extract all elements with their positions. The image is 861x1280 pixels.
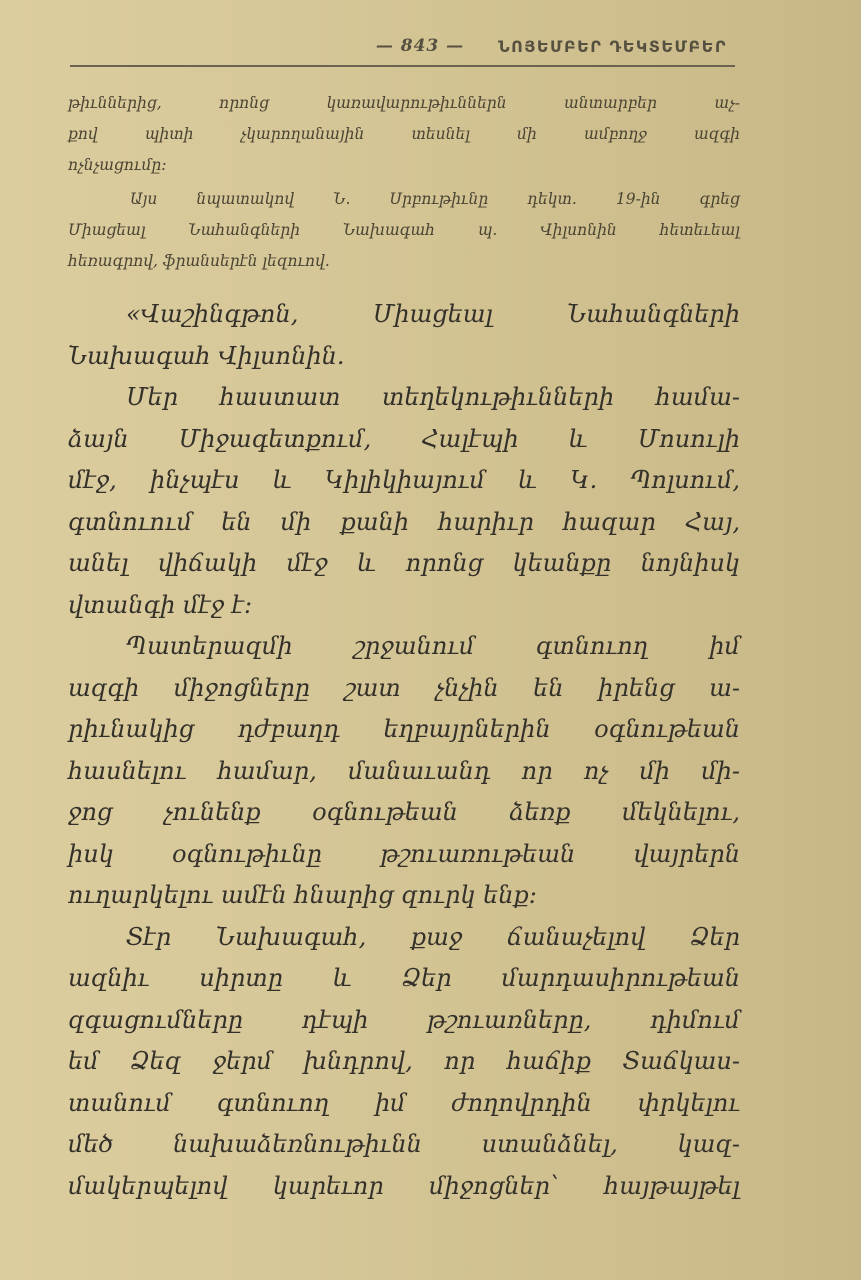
text-line: ազնիւ սիրտը և Ձեր մարդասիրութեան xyxy=(68,958,740,1000)
text-line: Միացեալ Նահանգների Նախագահ պ. Վիլսոնին հ… xyxy=(68,215,740,246)
header-rule xyxy=(70,65,735,67)
page-header: — 843 — ՆՈՅԵՄԲԵՐ ԴԵԿՏԵՄԲԵՐ xyxy=(70,28,735,64)
text-line: ազգի միջոցները շատ չնչին են իրենց ա- xyxy=(68,668,740,710)
text-line: «Վաշինգթոն, Միացեալ Նահանգների xyxy=(68,294,740,336)
book-page: — 843 — ՆՈՅԵՄԲԵՐ ԴԵԿՏԵՄԲԵՐ թիւններից, որ… xyxy=(0,0,861,1280)
text-line: եմ Ձեզ ջերմ խնդրով, որ հաճիք Տաճկաս- xyxy=(68,1041,740,1083)
page-number: — 843 — xyxy=(376,36,464,56)
text-line: Նախագահ Վիլսոնին. xyxy=(68,336,740,378)
text-line: մեծ նախաձեռնութիւնն ստանձնել, կազ- xyxy=(68,1124,740,1166)
text-line: ոչնչացումը։ xyxy=(68,150,740,181)
text-line: քով պիտի չկարողանային տեսնել մի ամբողջ ա… xyxy=(68,119,740,150)
text-line: րիւնակից դժբաղդ եղբայրներին օգնութեան xyxy=(68,709,740,751)
text-line: ջոց չունենք օգնութեան ձեռք մեկնելու, xyxy=(68,792,740,834)
text-line: Պատերազմի շրջանում գտնուող իմ xyxy=(68,626,740,668)
text-line: մէջ, ինչպէս և Կիլիկիայում և Կ. Պոլսում, xyxy=(68,460,740,502)
text-line: հասնելու համար, մանաւանդ որ ոչ մի մի- xyxy=(68,751,740,793)
text-line: տանում գտնուող իմ ժողովրդին փրկելու xyxy=(68,1083,740,1125)
running-title: ՆՈՅԵՄԲԵՐ ԴԵԿՏԵՄԲԵՐ xyxy=(498,37,727,56)
text-line: գտնուում են մի քանի հարիւր հազար Հայ, xyxy=(68,502,740,544)
small-print-section: թիւններից, որոնց կառավարութիւններն անտար… xyxy=(68,88,740,277)
text-line: Այս նպատակով Ն. Սրբութիւնը դեկտ. 19-ին գ… xyxy=(68,184,740,215)
small-paragraph-2: Այս նպատակով Ն. Սրբութիւնը դեկտ. 19-ին գ… xyxy=(68,184,740,277)
text-line: ուղարկելու ամէն հնարից զուրկ ենք։ xyxy=(68,875,740,917)
text-line: Տէր Նախագահ, քաջ ճանաչելով Ձեր xyxy=(68,917,740,959)
text-line: մակերպելով կարեւոր միջոցներ՝ հայթայթել xyxy=(68,1166,740,1208)
small-paragraph-1: թիւններից, որոնց կառավարութիւններն անտար… xyxy=(68,88,740,181)
text-line: վտանգի մէջ է։ xyxy=(68,585,740,627)
text-line: իսկ օգնութիւնը թշուառութեան վայրերն xyxy=(68,834,740,876)
text-line: անել վիճակի մէջ և որոնց կեանքը նոյնիսկ xyxy=(68,543,740,585)
telegram-text: «Վաշինգթոն, Միացեալ Նահանգների Նախագահ Վ… xyxy=(68,294,740,1207)
telegram-paragraph-2: Պատերազմի շրջանում գտնուող իմ ազգի միջոց… xyxy=(68,626,740,917)
text-line: զգացումները դէպի թշուառները, դիմում xyxy=(68,1000,740,1042)
telegram-address: «Վաշինգթոն, Միացեալ Նահանգների Նախագահ Վ… xyxy=(68,294,740,377)
telegram-paragraph-1: Մեր հաստատ տեղեկութիւնների համա- ձայն Մի… xyxy=(68,377,740,626)
text-line: Մեր հաստատ տեղեկութիւնների համա- xyxy=(68,377,740,419)
text-line: ձայն Միջագետքում, Հալէպի և Մոսուլի xyxy=(68,419,740,461)
telegram-paragraph-3: Տէր Նախագահ, քաջ ճանաչելով Ձեր ազնիւ սիր… xyxy=(68,917,740,1208)
text-line: թիւններից, որոնց կառավարութիւններն անտար… xyxy=(68,88,740,119)
text-line: հեռագրով, ֆրանսերէն լեզուով. xyxy=(68,246,740,277)
